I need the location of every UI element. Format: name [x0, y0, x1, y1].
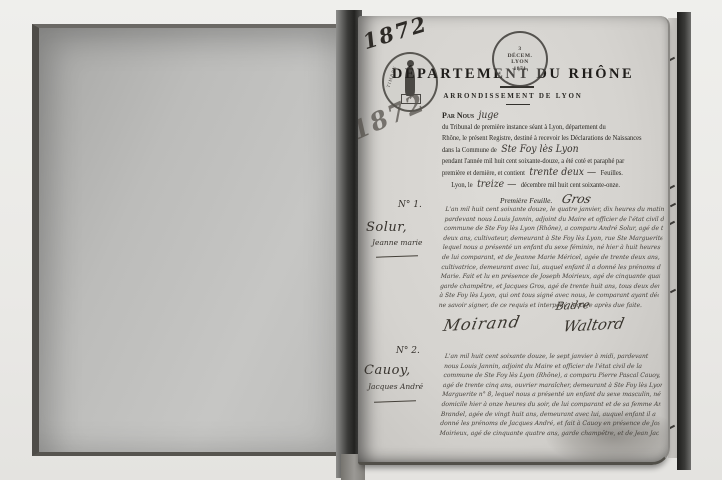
form-feuilles-value: trente deux — — [529, 167, 596, 178]
margin-note-record-1: N° 1. Solur, Jeanne marie — [362, 200, 440, 270]
register-form-block: Par Nous juge du Tribunal de première in… — [442, 110, 670, 207]
form-par-nous-label: Par Nous — [442, 110, 474, 120]
fore-edge-mark — [670, 203, 676, 208]
form-line-tribunal: du Tribunal de première instance séant à… — [442, 122, 654, 133]
book-block-edge-shadow — [677, 12, 691, 470]
form-line-annee: pendant l'année mil huit cent soixante-d… — [442, 156, 654, 167]
record-number: N° 2. — [396, 346, 420, 356]
record-given-names: Jeanne marie — [372, 238, 422, 247]
form-commune-value: Ste Foy lès Lyon — [501, 144, 578, 155]
form-date-label: Lyon, le — [451, 181, 472, 189]
record-1-signature: Moirand — [442, 312, 522, 335]
form-feuilles-suffix: Feuilles. — [601, 169, 623, 177]
record-surname: Solur, — [366, 220, 407, 235]
record-number: N° 1. — [398, 200, 422, 210]
form-line-registre: Rhône, le présent Registre, destiné à re… — [442, 133, 654, 144]
record-1-signature: Waltord — [562, 314, 626, 335]
date-stamp-text: 3 DÉCEM. LYON 1871 — [508, 46, 533, 72]
form-commune-label: dans la Commune de — [442, 146, 497, 154]
register-page: 1872 TIMBRE F 3 DÉCEM. LYON 1871 DÉPARTE… — [358, 16, 670, 465]
left-blank-page — [32, 24, 344, 456]
record-given-names: Jacques André — [368, 382, 423, 391]
margin-note-record-2: N° 2. Cauoy, Jacques André — [362, 346, 440, 416]
margin-flourish — [376, 255, 418, 257]
page-stain — [546, 408, 670, 465]
date-stamp: 3 DÉCEM. LYON 1871 — [492, 31, 548, 87]
record-surname: Cauoy, — [364, 363, 411, 378]
record-1-body: L'an mil huit cent soixante douze, le qu… — [438, 205, 664, 311]
form-judge-value: juge — [478, 110, 498, 121]
record-1-inline-signature: Badre — [555, 298, 591, 313]
year-annotation-top: 1872 — [360, 16, 431, 54]
premiere-feuille-label: Première Feuille. — [500, 196, 552, 205]
margin-flourish — [374, 400, 416, 402]
form-feuilles-label: première et dernière, et contient — [442, 169, 525, 177]
subtitle-rule — [506, 104, 530, 105]
clerk-signature: Gros — [561, 194, 592, 205]
fore-edge-mark — [670, 289, 676, 294]
form-date-suffix: décembre mil huit cent soixante-onze. — [521, 181, 620, 189]
form-date-value: treize — — [477, 179, 516, 190]
book-photo: 1872 TIMBRE F 3 DÉCEM. LYON 1871 DÉPARTE… — [0, 0, 722, 480]
